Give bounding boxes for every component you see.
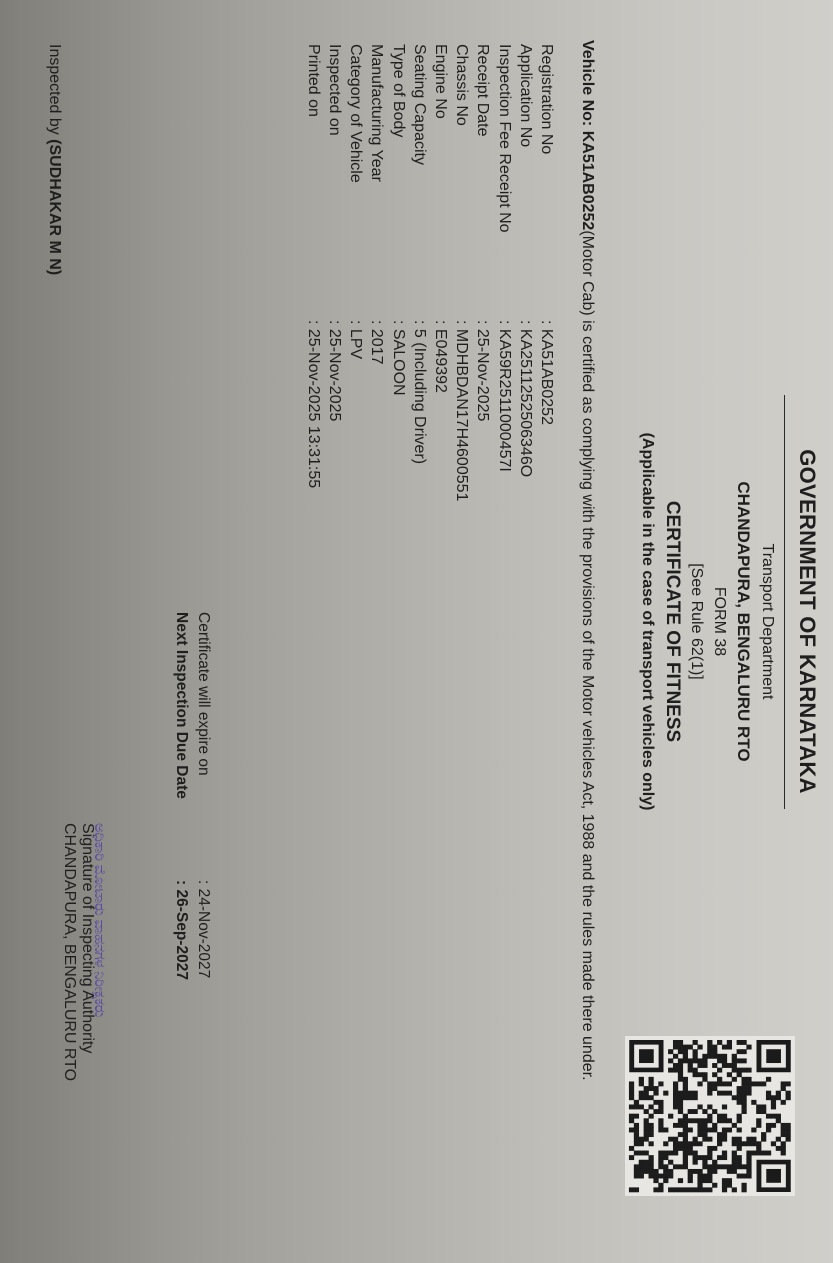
title-divider [784, 395, 785, 809]
field-label: Printed on [303, 44, 323, 117]
vehicle-number: KA51AB0252 [579, 131, 596, 231]
fitness-certificate-sheet: GOVERNMENT OF KARNATAKA Transport Depart… [0, 0, 833, 1263]
next-inspection-date: : 26-Sep-2027 [172, 880, 190, 980]
field-label: Receipt Date [472, 44, 492, 137]
expiry-label: Certificate will expire on [194, 612, 212, 776]
government-title: GOVERNMENT OF KARNATAKA [794, 0, 820, 1253]
field-label: Registration No [536, 44, 556, 154]
field-value: : KA2511252506346O [515, 320, 535, 477]
field-value: : LPV [345, 320, 365, 359]
field-label: Seating Capacity [409, 44, 429, 165]
field-label: Engine No [430, 44, 450, 119]
field-label: Chassis No [451, 44, 471, 126]
field-value: : KA59R2511000457I [494, 320, 514, 472]
field-label: Type of Body [388, 44, 408, 137]
field-label: Inspection Fee Receipt No [494, 44, 514, 233]
field-value: : SALOON [388, 320, 408, 396]
field-value: : 25-Nov-2025 [472, 320, 492, 421]
inspector-name: (SUDHAKAR M N) [46, 139, 63, 275]
field-label: Application No [515, 44, 535, 147]
signature-label: Signature of Inspecting Authority [78, 823, 96, 1053]
photo-viewport: GOVERNMENT OF KARNATAKA Transport Depart… [0, 0, 833, 1263]
field-label: Inspected on [324, 44, 344, 136]
statement-text: (Motor Cab) is certified as complying wi… [579, 230, 596, 1080]
field-value: : KA51AB0252 [536, 320, 556, 425]
field-value: : 2017 [366, 320, 386, 364]
field-label: Category of Vehicle [345, 44, 365, 183]
field-label: Manufacturing Year [366, 44, 386, 182]
next-inspection-label: Next Inspection Due Date [172, 612, 190, 799]
field-value: : MDHBDAN17H4600551 [451, 320, 471, 501]
field-value: : 5 (Including Driver) [409, 320, 429, 464]
certification-statement: Vehicle No: KA51AB0252(Motor Cab) is cer… [577, 40, 597, 1160]
qr-code-icon [625, 1036, 795, 1196]
signature-office: CHANDAPURA, BENGALURU RTO [60, 823, 78, 1081]
vehicle-no-label: Vehicle No: [579, 40, 596, 131]
expiry-date: : 24-Nov-2027 [194, 880, 212, 978]
field-value: : E049392 [430, 320, 450, 393]
inspected-by-label: Inspected by [46, 44, 63, 139]
inspected-by: Inspected by (SUDHAKAR M N) [45, 44, 63, 275]
field-value: : 25-Nov-2025 13:31:55 [303, 320, 323, 488]
field-value: : 25-Nov-2025 [324, 320, 344, 421]
